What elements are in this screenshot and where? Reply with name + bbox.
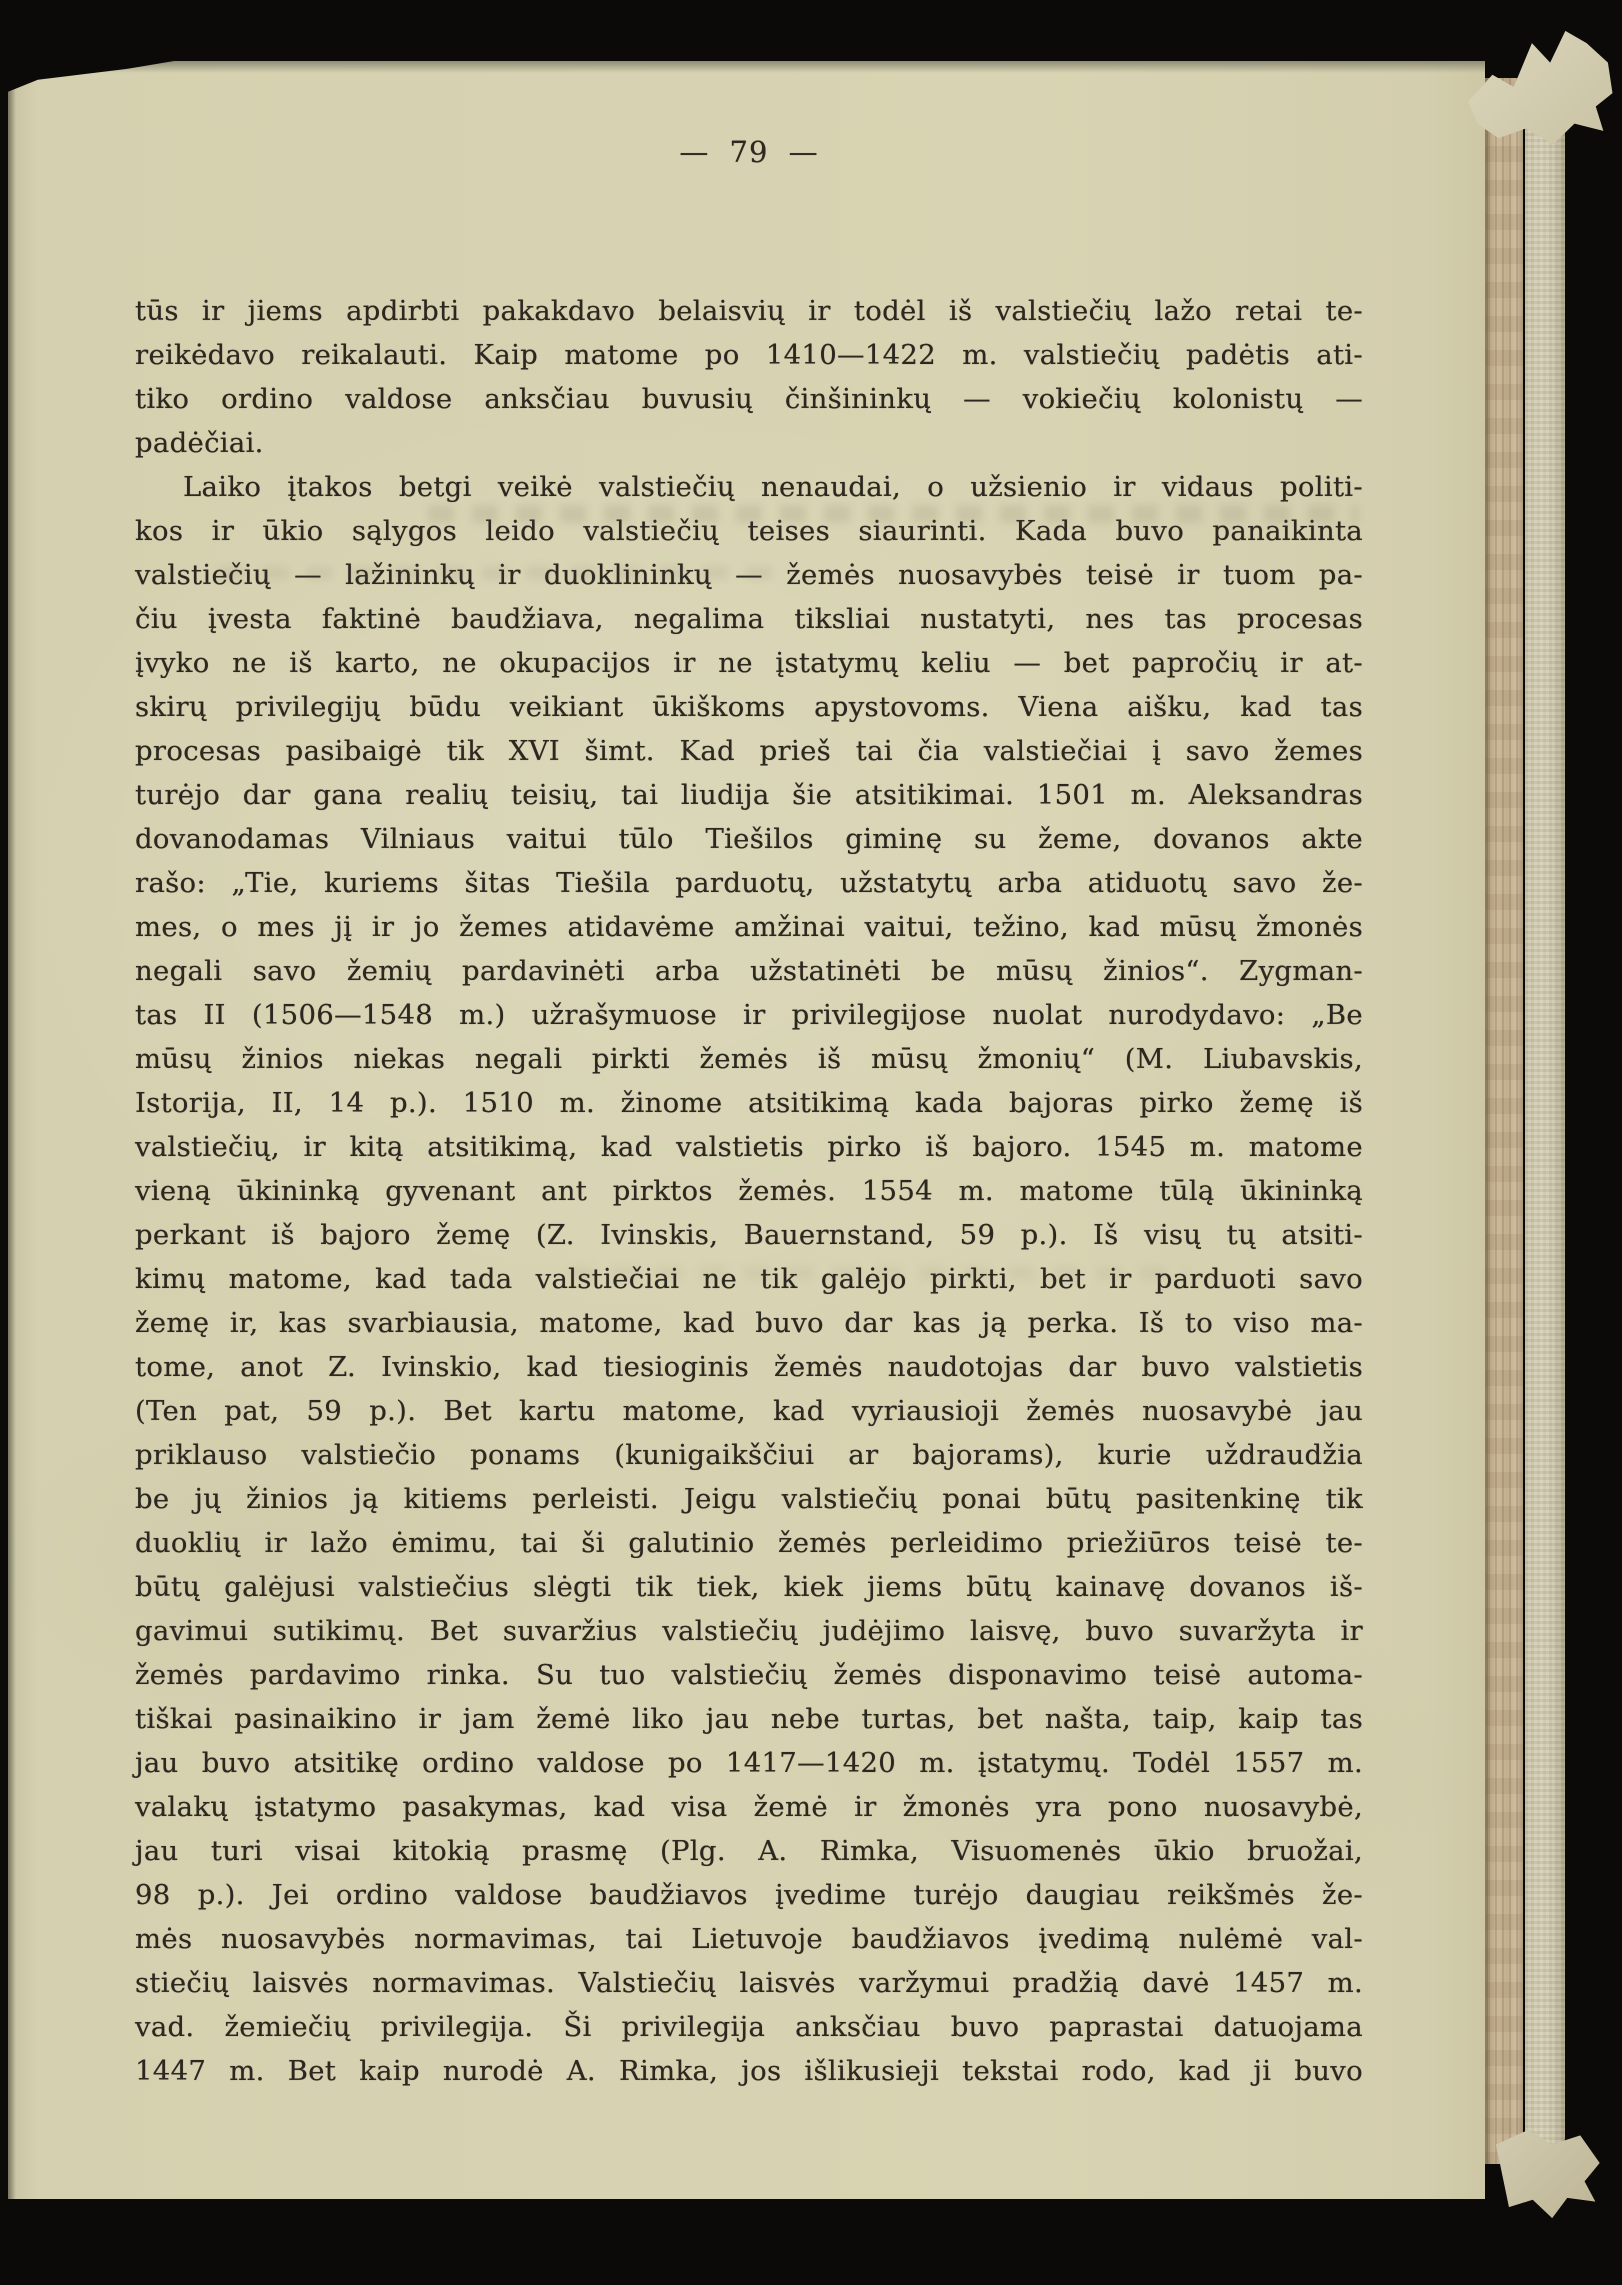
text-line: būtų galėjusi valstiečius slėgti tik tie… (135, 1565, 1363, 1609)
text-line: čiu įvesta faktinė baudžiava, negalima t… (135, 597, 1363, 641)
text-line: Istorija, II, 14 p.). 1510 m. žinome ats… (135, 1081, 1363, 1125)
text-line: stiečių laisvės normavimas. Valstiečių l… (135, 1961, 1363, 2005)
text-line: reikėdavo reikalauti. Kaip matome po 141… (135, 333, 1363, 377)
text-line: gavimui sutikimų. Bet suvaržius valstieč… (135, 1609, 1363, 1653)
page-text: tūs ir jiems apdirbti pakakdavo belaisvi… (135, 289, 1363, 2093)
text-line: procesas pasibaigė tik XVI šimt. Kad pri… (135, 729, 1363, 773)
text-line: mūsų žinios niekas negali pirkti žemės i… (135, 1037, 1363, 1081)
text-line: vieną ūkininką gyvenant ant pirktos žemė… (135, 1169, 1363, 1213)
text-line: rašo: „Tie, kuriems šitas Tiešila parduo… (135, 861, 1363, 905)
text-line: tome, anot Z. Ivinskio, kad tiesioginis … (135, 1345, 1363, 1389)
text-line: žemės pardavimo rinka. Su tuo valstiečių… (135, 1653, 1363, 1697)
text-line: kos ir ūkio sąlygos leido valstiečių tei… (135, 509, 1363, 553)
text-line: 98 p.). Jei ordino valdose baudžiavos įv… (135, 1873, 1363, 1917)
page-number: — 79 — (135, 135, 1363, 169)
text-line: priklauso valstiečio ponams (kunigaikšči… (135, 1433, 1363, 1477)
text-line: tiškai pasinaikino ir jam žemė liko jau … (135, 1697, 1363, 1741)
text-line: padėčiai. (135, 421, 1363, 465)
text-line: valstiečių, ir kitą atsitikimą, kad vals… (135, 1125, 1363, 1169)
text-line: tas II (1506—1548 m.) užrašymuose ir pri… (135, 993, 1363, 1037)
text-line: turėjo dar gana realių teisių, tai liudi… (135, 773, 1363, 817)
book-cover-edge (1525, 100, 1565, 2152)
text-line: įvyko ne iš karto, ne okupacijos ir ne į… (135, 641, 1363, 685)
text-line: vad. žemiečių privilegija. Ši privilegij… (135, 2005, 1363, 2049)
text-line: mės nuosavybės normavimas, tai Lietuvoje… (135, 1917, 1363, 1961)
text-line: be jų žinios ją kitiems perleisti. Jeigu… (135, 1477, 1363, 1521)
text-line: skirų privilegijų būdu veikiant ūkiškoms… (135, 685, 1363, 729)
text-line: valstiečių — lažininkų ir duoklininkų — … (135, 553, 1363, 597)
book-page: — 79 — tūs ir jiems apdirbti pakakdavo b… (8, 61, 1485, 2199)
text-line: kimų matome, kad tada valstiečiai ne tik… (135, 1257, 1363, 1301)
text-line: negali savo žemių pardavinėti arba užsta… (135, 949, 1363, 993)
text-line: jau buvo atsitikę ordino valdose po 1417… (135, 1741, 1363, 1785)
text-line: 1447 m. Bet kaip nurodė A. Rimka, jos iš… (135, 2049, 1363, 2093)
text-line: valakų įstatymo pasakymas, kad visa žemė… (135, 1785, 1363, 1829)
photo-background: { "page": { "number": "79", "header_disp… (0, 0, 1622, 2285)
text-line: tiko ordino valdose anksčiau buvusių čin… (135, 377, 1363, 421)
book-page-edges (1485, 78, 1523, 2164)
text-line: duoklių ir lažo ėmimu, tai ši galutinio … (135, 1521, 1363, 1565)
text-line: tūs ir jiems apdirbti pakakdavo belaisvi… (135, 289, 1363, 333)
text-line: mes, o mes jį ir jo žemes atidavėme amži… (135, 905, 1363, 949)
text-line: žemę ir, kas svarbiausia, matome, kad bu… (135, 1301, 1363, 1345)
text-line: perkant iš bajoro žemę (Z. Ivinskis, Bau… (135, 1213, 1363, 1257)
text-line: dovanodamas Vilniaus vaitui tūlo Tiešilo… (135, 817, 1363, 861)
text-line: Laiko įtakos betgi veikė valstiečių nena… (135, 465, 1363, 509)
text-line: jau turi visai kitokią prasmę (Plg. A. R… (135, 1829, 1363, 1873)
text-line: (Ten pat, 59 p.). Bet kartu matome, kad … (135, 1389, 1363, 1433)
